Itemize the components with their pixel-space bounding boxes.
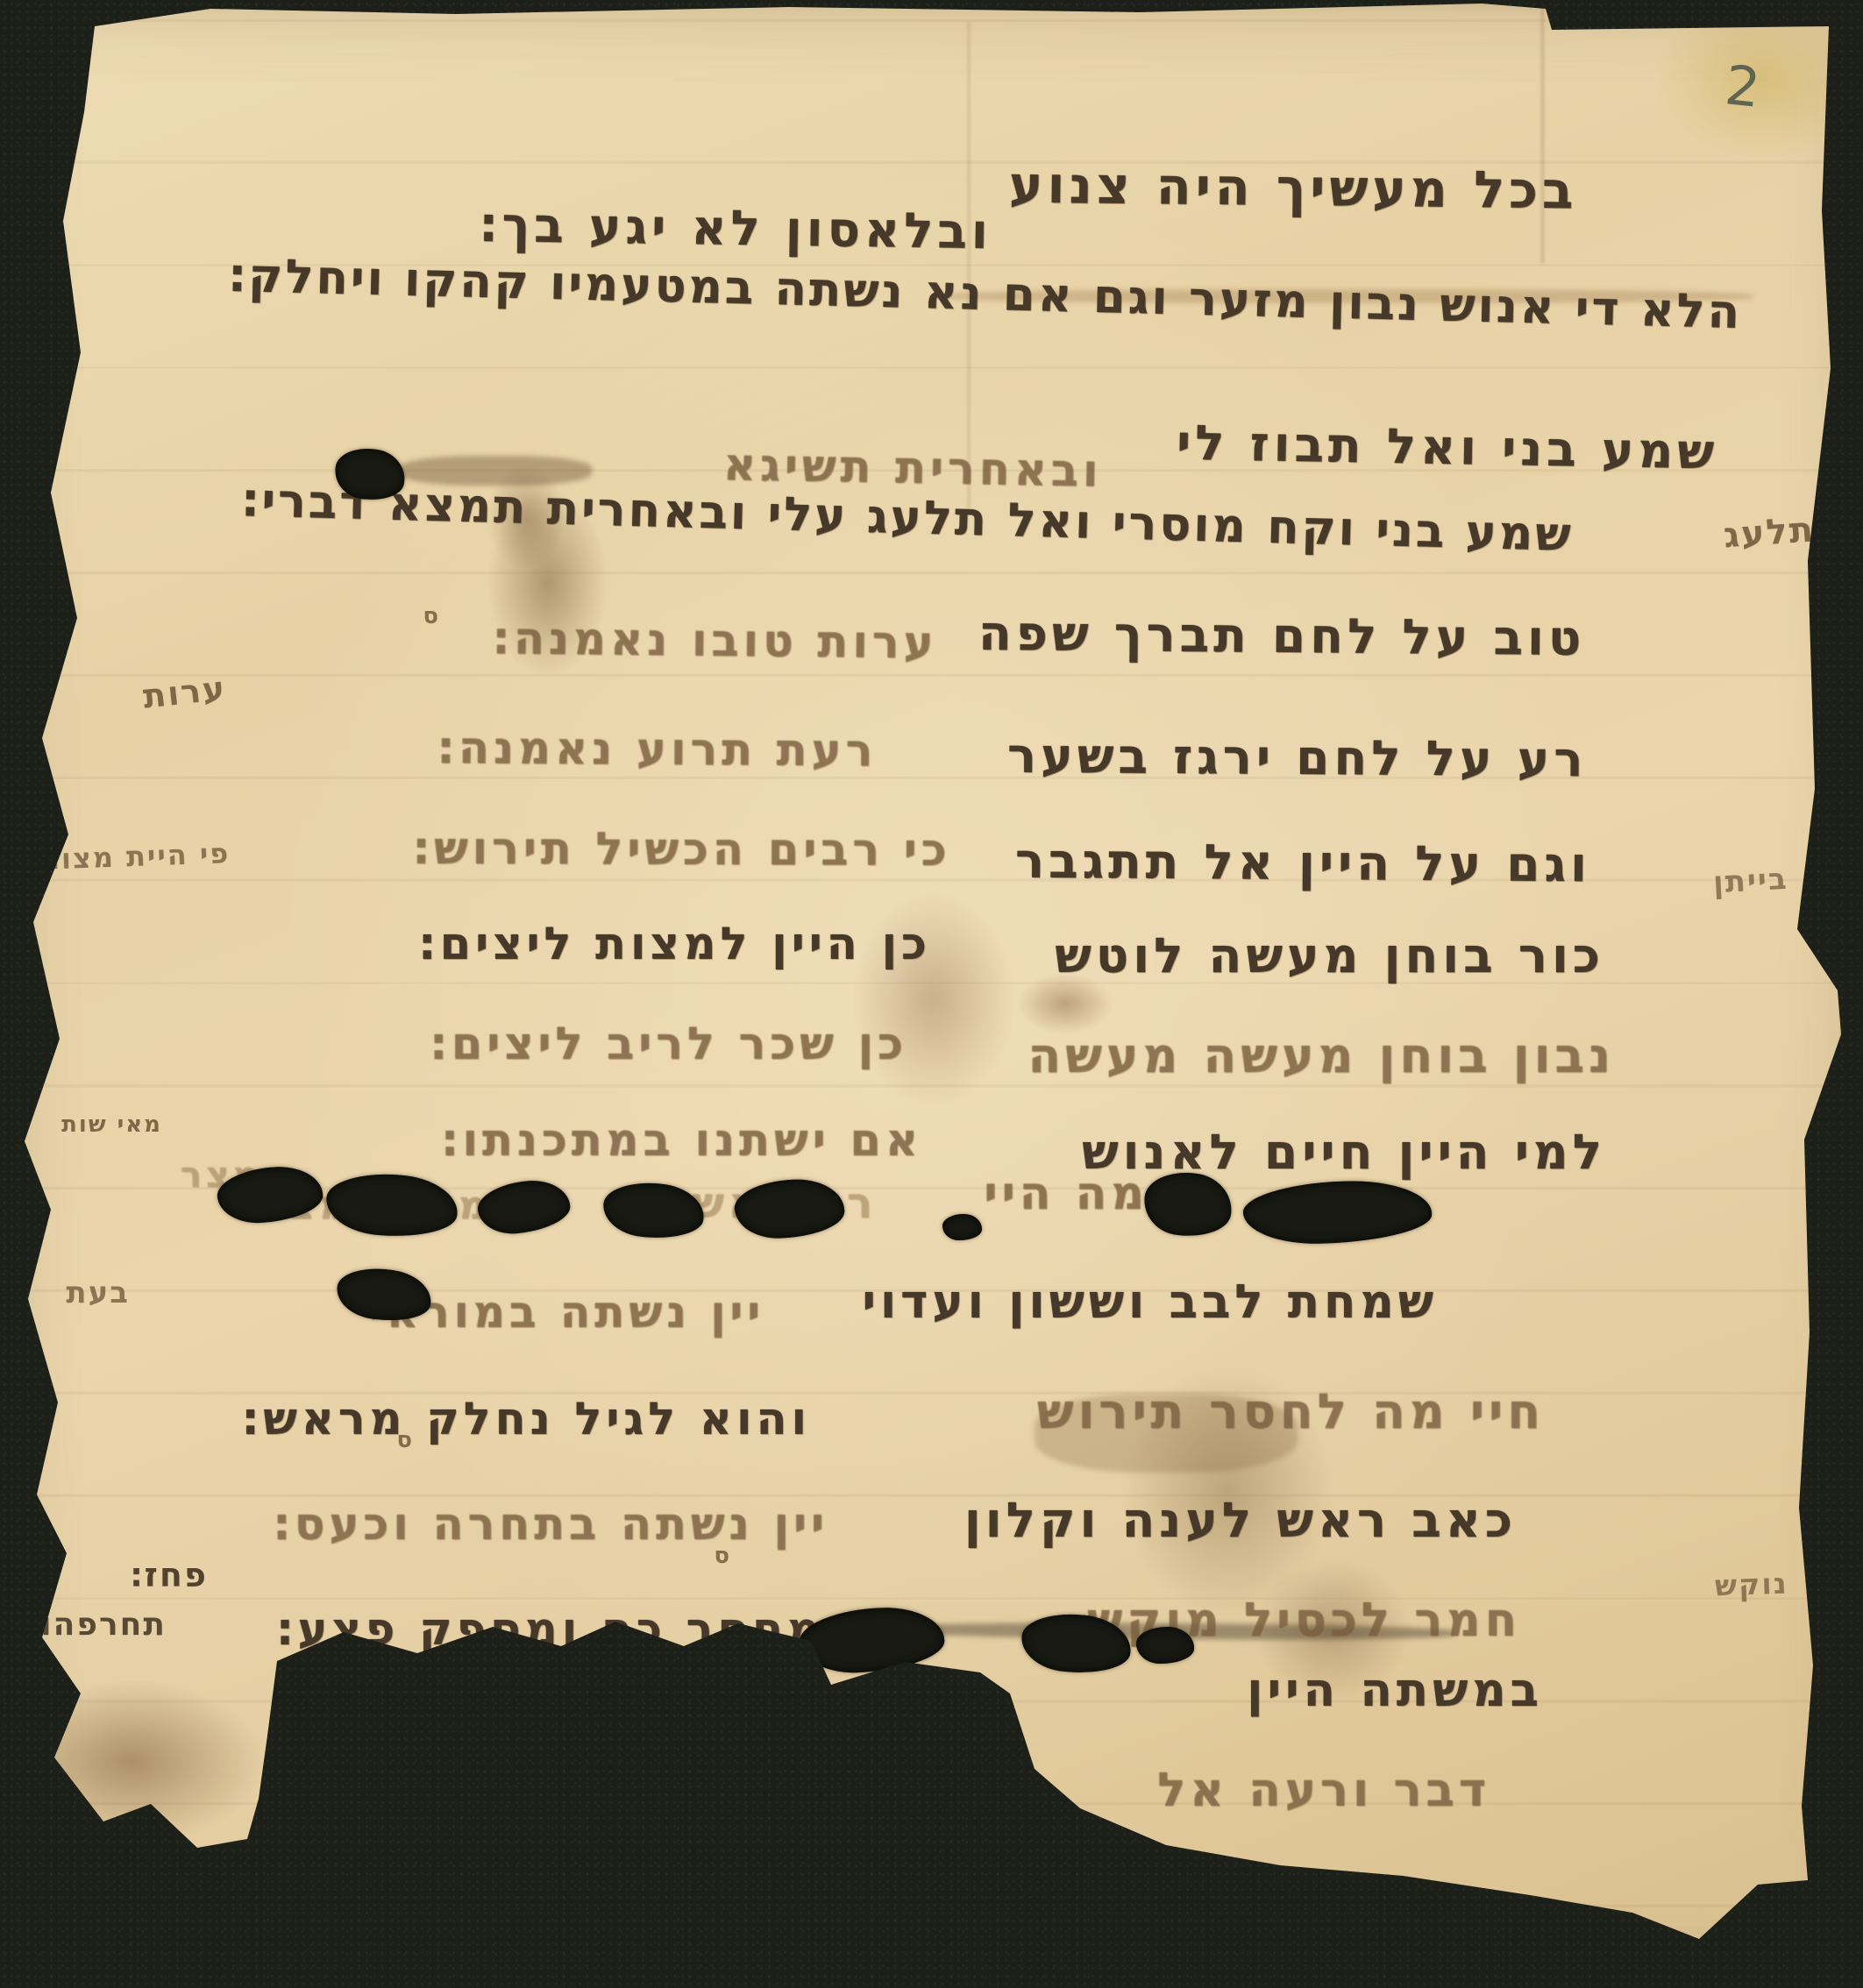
verse-line-7-left: כי רבים הכשיל תירוש׃: [413, 823, 951, 877]
verse-line-6-right: רע על לחם ירגז בשער: [1006, 728, 1587, 788]
verse-line-3-right: שמע בני ואל תבוז לי: [1176, 415, 1718, 480]
verse-line-5-left: ערות טובו נאמנה׃: [493, 613, 938, 669]
margin-note-left: תחרפהו: [40, 1607, 167, 1643]
verse-line-10-right: למי היין חיים לאנוש: [1082, 1124, 1606, 1180]
margin-note-right: נוקש: [1715, 1566, 1789, 1603]
manuscript-photo: בכל מעשיך היה צנוע ובלאסון לא יגע בך׃ הל…: [0, 0, 1863, 1988]
verse-line-16-right: במשתה היין: [1247, 1664, 1543, 1717]
margin-note-left: בעת: [66, 1275, 130, 1310]
verse-line-12-right: שמחת לבב וששון ועדוי: [862, 1275, 1438, 1329]
margin-note-left: פי היית מצות: [39, 836, 231, 877]
verse-line-17-right: דבר ורעה אל: [1157, 1764, 1490, 1817]
paper-fragment: בכל מעשיך היה צנוע ובלאסון לא יגע בך׃ הל…: [0, 0, 1863, 1988]
paper-hole: [1242, 1178, 1433, 1246]
margin-note-left: מאי שות: [61, 1111, 162, 1138]
margin-note-right: תלעג: [1722, 509, 1816, 556]
verse-line-14-right: כאב ראש לענה וקלון: [964, 1492, 1517, 1548]
margin-note-left: ערות: [141, 669, 228, 716]
verse-line-2: הלא די אנוש נבון מזער וגם אם נא נשתה במט…: [228, 249, 1743, 339]
verse-line-1-right: בכל מעשיך היה צנוע: [1009, 155, 1578, 221]
margin-note-left: פחז׃: [131, 1556, 208, 1594]
verse-line-11-fragment: מה היי: [984, 1168, 1148, 1220]
verse-line-5-right: טוב על לחם תברך שפה: [978, 605, 1585, 666]
verse-line-7-right: וגם על היין אל תתגבר: [1015, 833, 1591, 893]
superscript-correction: ס: [423, 603, 438, 629]
verse-line-8-left: כן היין למצות ליצים׃: [419, 919, 931, 970]
folio-number: 2: [1722, 53, 1763, 120]
verse-line-13-left: והוא לגיל נחלק מראש׃: [242, 1394, 811, 1445]
paper-hole: [324, 1170, 460, 1240]
verse-line-1-left: ובלאסון לא יגע בך׃: [480, 196, 993, 259]
crease-line: [1541, 0, 1544, 263]
verse-line-13-right: חיי מה לחסר תירוש: [1037, 1383, 1545, 1439]
verse-line-10-left: אם ישתנו במתכנתו׃: [442, 1115, 922, 1167]
verse-line-15-left: מחסר כח ומספק פצע׃: [277, 1604, 824, 1656]
verse-line-9-right: נבון בוחן מעשה מעשה: [1027, 1027, 1615, 1083]
margin-note-right: בייתן: [1712, 862, 1789, 900]
verse-line-6-left: רעת תרוע נאמנה׃: [437, 722, 877, 777]
paper-hole: [1136, 1627, 1194, 1664]
verse-line-8-right: כור בוחן מעשה לוטש: [1055, 927, 1604, 983]
verse-line-14-left: יין נשתה בתחרה וכעס׃: [274, 1499, 828, 1551]
verse-line-9-left: כן שכר לריב ליצים׃: [430, 1019, 907, 1070]
paper-hole: [942, 1214, 982, 1240]
